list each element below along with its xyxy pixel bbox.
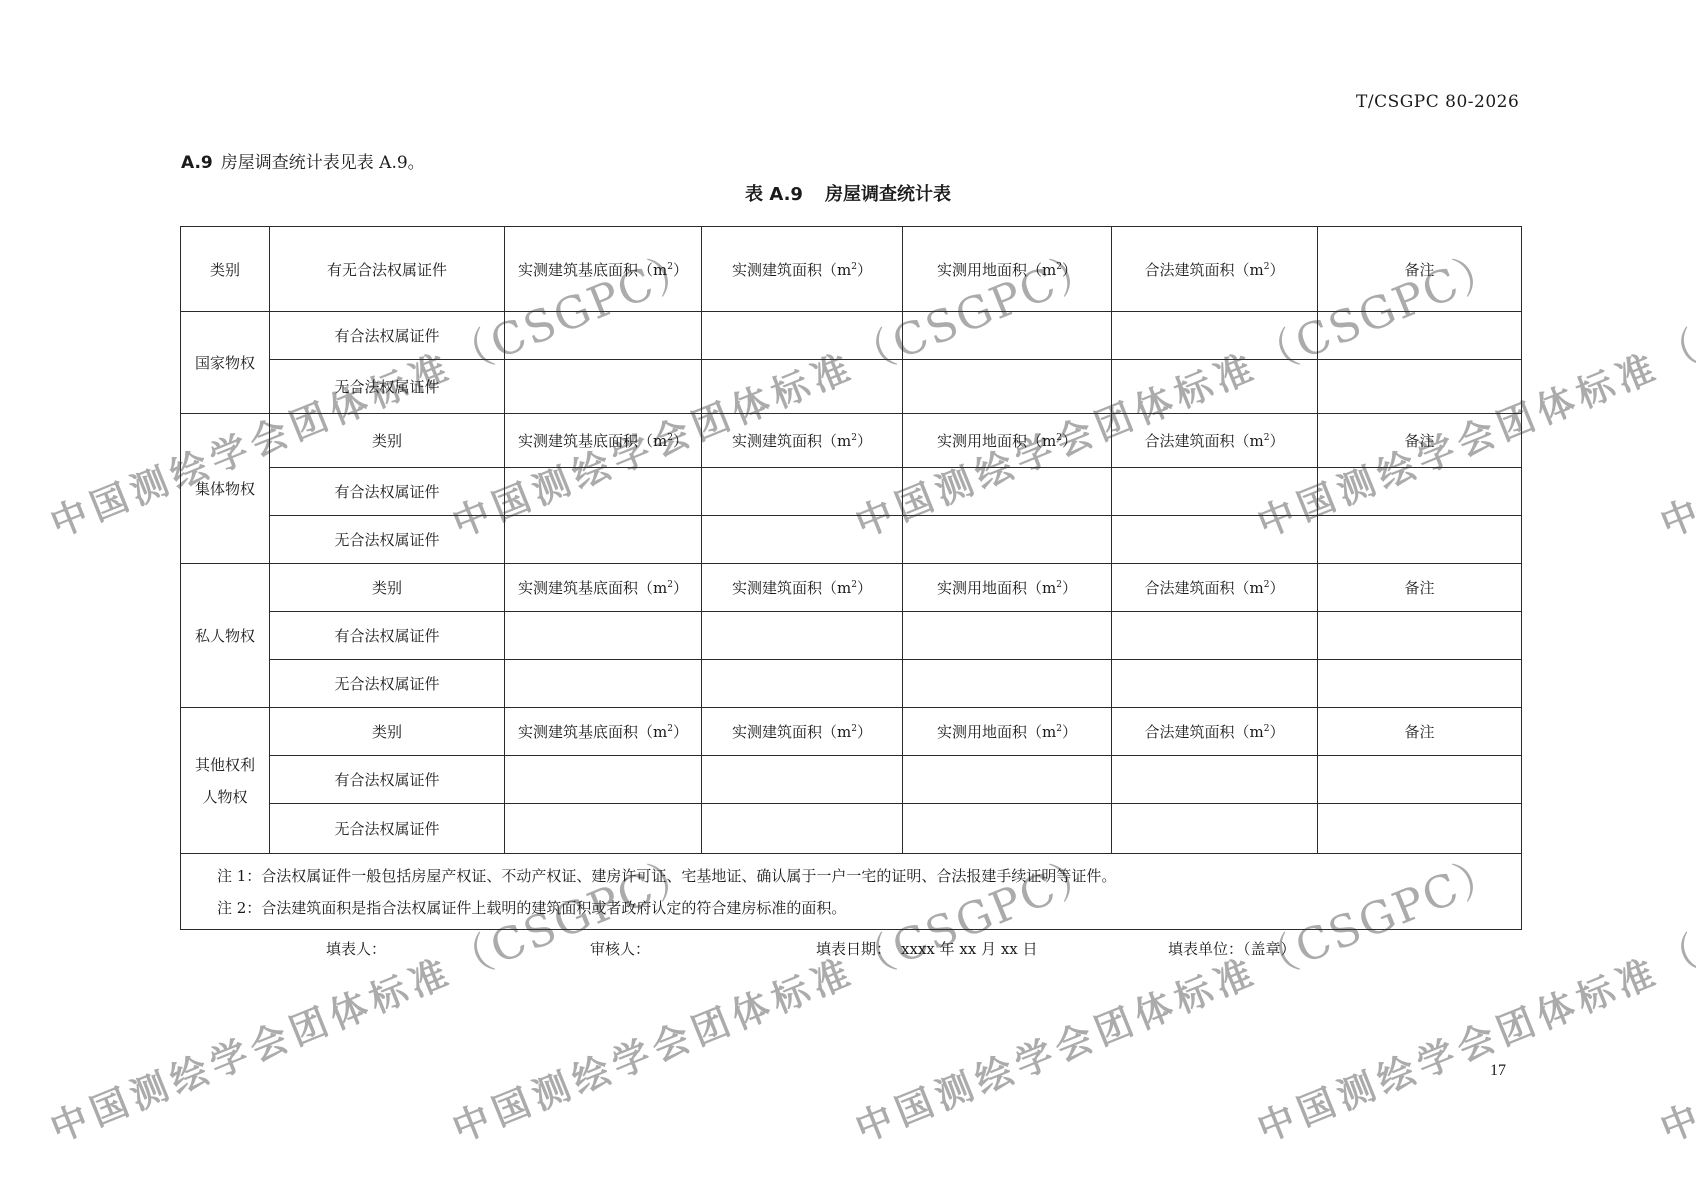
data-cell[interactable] xyxy=(505,660,702,708)
fill-unit-label: 填表单位： xyxy=(1168,940,1243,958)
subheader-cell: 实测用地面积（m2） xyxy=(903,414,1112,468)
data-cell[interactable] xyxy=(702,660,903,708)
subheader-cell: 实测建筑面积（m2） xyxy=(702,414,903,468)
table-row: 有合法权属证件 xyxy=(181,756,1522,804)
row-label: 有合法权属证件 xyxy=(270,612,505,660)
header-cell: 有无合法权属证件 xyxy=(270,227,505,312)
page-number: 17 xyxy=(1490,1062,1506,1080)
fill-unit-stamp: （盖章） xyxy=(1243,940,1296,958)
header-cell: 实测建筑基底面积（m2） xyxy=(505,227,702,312)
data-cell[interactable] xyxy=(1318,312,1522,360)
data-cell[interactable] xyxy=(1112,468,1318,516)
subheader-cell: 实测建筑基底面积（m2） xyxy=(505,564,702,612)
data-cell[interactable] xyxy=(1318,468,1522,516)
data-cell[interactable] xyxy=(505,516,702,564)
notes-row: 注 1：合法权属证件一般包括房屋产权证、不动产权证、建房许可证、宅基地证、确认属… xyxy=(181,854,1522,930)
table-row: 国家物权 有合法权属证件 xyxy=(181,312,1522,360)
subheader-cell: 实测建筑基底面积（m2） xyxy=(505,708,702,756)
data-cell[interactable] xyxy=(1318,612,1522,660)
fill-date: 填表日期：xxxx 年 xx 月 xx 日 xyxy=(816,938,1038,959)
subheader-cell: 实测用地面积（m2） xyxy=(903,708,1112,756)
document-code: T/CSGPC 80-2026 xyxy=(1356,92,1519,112)
data-cell[interactable] xyxy=(1318,804,1522,854)
row-label: 有合法权属证件 xyxy=(270,312,505,360)
table-subheader-row: 其他权利 人物权 类别 实测建筑基底面积（m2） 实测建筑面积（m2） 实测用地… xyxy=(181,708,1522,756)
table-row: 有合法权属证件 xyxy=(181,612,1522,660)
data-cell[interactable] xyxy=(505,804,702,854)
table-row: 无合法权属证件 xyxy=(181,804,1522,854)
data-cell[interactable] xyxy=(903,756,1112,804)
fill-date-value: xxxx 年 xx 月 xx 日 xyxy=(901,940,1038,958)
table-title: 表 A.9房屋调查统计表 xyxy=(0,180,1696,206)
data-cell[interactable] xyxy=(702,516,903,564)
data-cell[interactable] xyxy=(1318,516,1522,564)
data-cell[interactable] xyxy=(903,360,1112,414)
data-cell[interactable] xyxy=(505,756,702,804)
table-title-label: 表 A.9 xyxy=(745,184,803,205)
data-cell[interactable] xyxy=(702,804,903,854)
data-cell[interactable] xyxy=(702,612,903,660)
subheader-cell: 备注 xyxy=(1318,708,1522,756)
subheader-cell: 类别 xyxy=(270,414,505,468)
data-cell[interactable] xyxy=(1112,660,1318,708)
table-subheader-row: 集体物权 类别 实测建筑基底面积（m2） 实测建筑面积（m2） 实测用地面积（m… xyxy=(181,414,1522,468)
row-label: 有合法权属证件 xyxy=(270,756,505,804)
data-cell[interactable] xyxy=(505,468,702,516)
data-cell[interactable] xyxy=(1112,804,1318,854)
row-label: 无合法权属证件 xyxy=(270,804,505,854)
data-cell[interactable] xyxy=(505,360,702,414)
header-cell: 备注 xyxy=(1318,227,1522,312)
subheader-cell: 合法建筑面积（m2） xyxy=(1112,708,1318,756)
watermark-text: 中国测绘学会团体标准（CSGPC） xyxy=(1648,835,1696,1154)
data-cell[interactable] xyxy=(903,516,1112,564)
header-cell: 类别 xyxy=(181,227,270,312)
data-cell[interactable] xyxy=(903,804,1112,854)
table-title-name: 房屋调查统计表 xyxy=(825,184,951,205)
data-cell[interactable] xyxy=(1112,612,1318,660)
subheader-cell: 实测用地面积（m2） xyxy=(903,564,1112,612)
fill-date-label: 填表日期： xyxy=(816,940,891,958)
row-label: 无合法权属证件 xyxy=(270,516,505,564)
data-cell[interactable] xyxy=(505,612,702,660)
data-cell[interactable] xyxy=(903,660,1112,708)
section-text: 房屋调查统计表见表 A.9。 xyxy=(221,153,425,173)
subheader-cell: 实测建筑面积（m2） xyxy=(702,708,903,756)
table-row: 无合法权属证件 xyxy=(181,516,1522,564)
fill-unit: 填表单位：（盖章） xyxy=(1168,938,1296,959)
data-cell[interactable] xyxy=(903,612,1112,660)
table-header-row: 类别 有无合法权属证件 实测建筑基底面积（m2） 实测建筑面积（m2） 实测用地… xyxy=(181,227,1522,312)
notes-cell: 注 1：合法权属证件一般包括房屋产权证、不动产权证、建房许可证、宅基地证、确认属… xyxy=(181,854,1522,930)
note-1: 注 1：合法权属证件一般包括房屋产权证、不动产权证、建房许可证、宅基地证、确认属… xyxy=(217,860,1521,892)
group-label-state: 国家物权 xyxy=(181,312,270,414)
data-cell[interactable] xyxy=(903,312,1112,360)
header-cell: 实测用地面积（m2） xyxy=(903,227,1112,312)
data-cell[interactable] xyxy=(702,312,903,360)
group-label-other-line2: 人物权 xyxy=(202,788,247,806)
table-row: 无合法权属证件 xyxy=(181,360,1522,414)
subheader-cell: 备注 xyxy=(1318,564,1522,612)
form-filler-label: 填表人： xyxy=(326,938,386,959)
watermark-text: 中国测绘学会团体标准（CSGPC） xyxy=(1648,230,1696,549)
header-cell: 实测建筑面积（m2） xyxy=(702,227,903,312)
group-label-collective: 集体物权 xyxy=(181,414,270,564)
row-label: 无合法权属证件 xyxy=(270,660,505,708)
note-2: 注 2：合法建筑面积是指合法权属证件上载明的建筑面积或者政府认定的符合建房标准的… xyxy=(217,892,1521,924)
table-subheader-row: 私人物权 类别 实测建筑基底面积（m2） 实测建筑面积（m2） 实测用地面积（m… xyxy=(181,564,1522,612)
group-label-other: 其他权利 人物权 xyxy=(181,708,270,854)
data-cell[interactable] xyxy=(903,468,1112,516)
subheader-cell: 类别 xyxy=(270,564,505,612)
data-cell[interactable] xyxy=(505,312,702,360)
section-number: A.9 xyxy=(181,153,213,173)
house-survey-table: 类别 有无合法权属证件 实测建筑基底面积（m2） 实测建筑面积（m2） 实测用地… xyxy=(180,226,1522,930)
subheader-cell: 合法建筑面积（m2） xyxy=(1112,414,1318,468)
group-label-private: 私人物权 xyxy=(181,564,270,708)
data-cell[interactable] xyxy=(1318,660,1522,708)
subheader-cell: 实测建筑基底面积（m2） xyxy=(505,414,702,468)
subheader-cell: 类别 xyxy=(270,708,505,756)
group-label-other-line1: 其他权利 xyxy=(195,756,255,774)
data-cell[interactable] xyxy=(702,756,903,804)
subheader-cell: 备注 xyxy=(1318,414,1522,468)
data-cell[interactable] xyxy=(1318,756,1522,804)
row-label: 有合法权属证件 xyxy=(270,468,505,516)
table-row: 有合法权属证件 xyxy=(181,468,1522,516)
table-row: 无合法权属证件 xyxy=(181,660,1522,708)
row-label: 无合法权属证件 xyxy=(270,360,505,414)
data-cell[interactable] xyxy=(1318,360,1522,414)
data-cell[interactable] xyxy=(1112,516,1318,564)
reviewer-label: 审核人： xyxy=(590,938,650,959)
data-cell[interactable] xyxy=(702,468,903,516)
header-cell: 合法建筑面积（m2） xyxy=(1112,227,1318,312)
data-cell[interactable] xyxy=(1112,312,1318,360)
data-cell[interactable] xyxy=(702,360,903,414)
subheader-cell: 实测建筑面积（m2） xyxy=(702,564,903,612)
data-cell[interactable] xyxy=(1112,360,1318,414)
section-heading: A.9房屋调查统计表见表 A.9。 xyxy=(181,148,425,173)
data-cell[interactable] xyxy=(1112,756,1318,804)
subheader-cell: 合法建筑面积（m2） xyxy=(1112,564,1318,612)
